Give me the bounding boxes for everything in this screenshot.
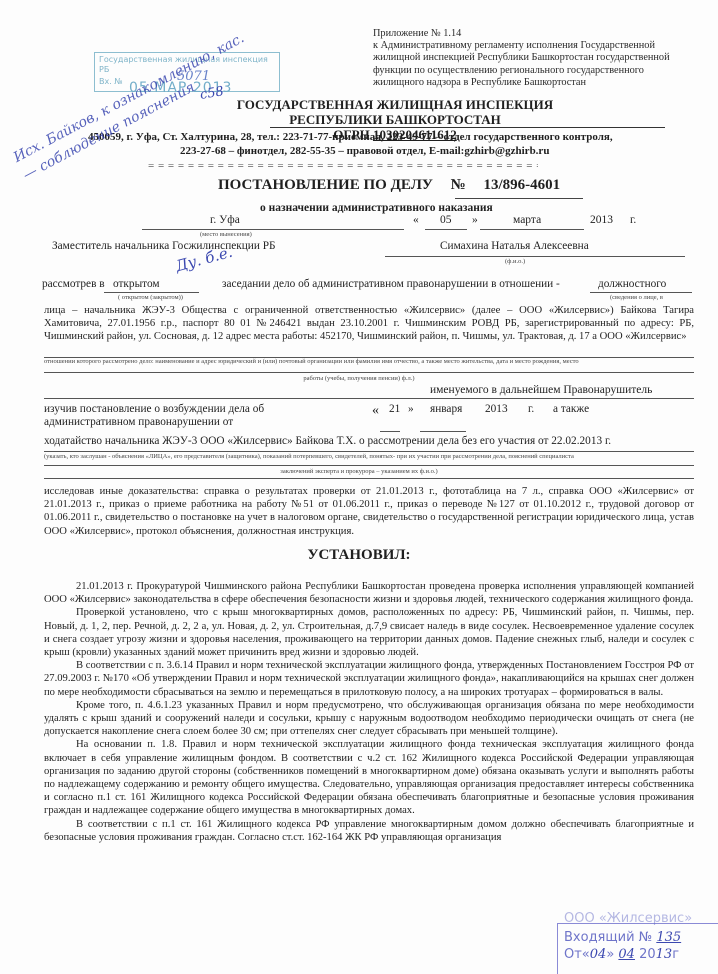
hearing-type-underline [104,292,199,293]
official-position: Заместитель начальника Госжилинспекции Р… [52,240,275,252]
contacts-line1: 450059, г. Уфа, Ст. Халтурина, 28, тел.:… [88,130,688,144]
established-body: 21.01.2013 г. Прокуратурой Чишминского р… [44,580,694,844]
paragraph: В соответствии с п. 3.6.14 Правил и норм… [44,659,694,699]
stamp-number-row: Входящий № 135 [564,929,714,946]
offender-details: лица – начальника ЖЭУ-3 Общества с огран… [44,304,694,344]
caption2-underline [44,478,694,479]
stamp-label: Вх. № [99,77,123,87]
hearing-subject: должностного [598,278,666,290]
studied-month-underline [420,431,466,432]
caption-underline [44,372,694,373]
place-value: г. Уфа [210,214,240,226]
studied-year: 2013 [485,403,508,415]
paragraph: На основании п. 1.8. Правил и норм техни… [44,738,694,817]
appendix-line: к Административному регламенту исполнени… [373,40,713,52]
petition-caption-1: (указать, кто заслушан - объяснения «ЛИЦ… [44,453,694,460]
established-heading: УСТАНОВИЛ: [0,547,718,564]
evidence-text: исследовав иные доказательства: справка … [44,485,694,538]
fio-underline [385,256,685,257]
incoming-stamp-zhilservis: ООО «Жилсервис» Входящий № 135 От«04» 04… [557,923,718,974]
org-contacts: 450059, г. Уфа, Ст. Халтурина, 28, тел.:… [88,130,688,158]
studied-day: 21 [389,403,400,415]
org-name-line2: РЕСПУБЛИКИ БАШКОРТОСТАН [180,112,610,127]
document-page: Приложение № 1.14 к Административному ре… [0,0,718,974]
place-caption: (место вынесения) [200,231,252,238]
place-underline [142,229,404,230]
subject-underline [590,292,692,293]
petition-text: ходатайство начальника ЖЭУ-3 ООО «Жилсер… [44,435,704,447]
date-year: 2013 [590,214,613,226]
ogrn-underline [270,126,665,128]
fio-caption: (ф.и.о.) [505,258,525,265]
hereinafter-underline [44,398,694,399]
studied-month: января [430,403,462,415]
appendix-line: жилищного надзора в Республике Башкортос… [373,77,713,89]
appendix-line: Приложение № 1.14 [373,28,713,40]
hearing-type: открытом [113,278,160,290]
petition-caption-underline [44,465,694,466]
stamp-date-row: От«04» 04 2013г [564,946,714,963]
petition-underline [44,451,694,452]
hereinafter-offender: именуемого в дальнейшем Правонарушитель [430,384,652,396]
org-name-line1: ГОСУДАРСТВЕННАЯ ЖИЛИЩНАЯ ИНСПЕКЦИЯ [180,97,610,112]
studied-row: изучив постановление о возбуждении дела … [0,403,718,433]
month-underline [480,229,584,230]
document-subtitle: о назначении административного наказания [260,202,493,214]
hearing-row: рассмотрев в открытом ( открытом (закрыт… [0,278,718,302]
stamp-org: ООО «Жилсервис» [564,910,692,927]
petition-caption-2: заключений эксперта и прокурора – указан… [0,468,718,475]
document-title: ПОСТАНОВЛЕНИЕ ПО ДЕЛУ № 13/896-4601 [218,177,560,194]
header-separator: = = = = = = = = = = = = = = = = = = = = … [148,160,538,172]
appendix-header: Приложение № 1.14 к Административному ре… [373,28,713,89]
case-number: 13/896-4601 [483,177,560,193]
contacts-line2: 223-27-68 – финотдел, 282-55-35 – правов… [88,144,688,158]
date-day: 05 [440,214,452,226]
paragraph: Кроме того, п. 4.6.1.23 указанных Правил… [44,699,694,739]
official-name: Симахина Наталья Алексеевна [440,240,589,252]
studied-day-underline [380,431,400,432]
offender-caption-2: работы (учебы, получения пенсии) ф.л.) [0,375,718,382]
title-underline [455,198,583,199]
date-month: марта [513,214,541,226]
day-underline [425,229,467,230]
offender-caption-1: отношении которого рассмотрено дело: наи… [44,358,694,365]
appendix-line: функции по осуществлению регионального г… [373,65,713,77]
appendix-line: жилищной инспекцией Республики Башкортос… [373,52,713,64]
paragraph: В соответствии с п.1 ст. 161 Жилищного к… [44,818,694,844]
stamp-number: 135 [656,930,681,945]
paragraph: Проверкой установлено, что с крыш многок… [44,606,694,659]
paragraph: 21.01.2013 г. Прокуратурой Чишминского р… [44,580,694,606]
